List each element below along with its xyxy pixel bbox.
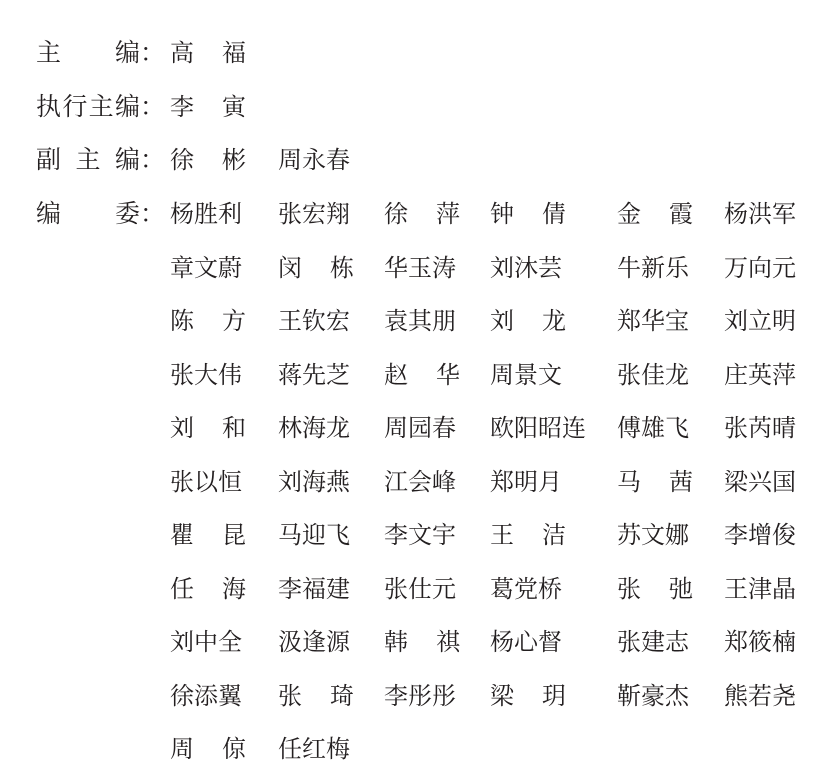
label-char: 委 — [115, 199, 140, 229]
board-member-name: 苏文娜 — [617, 520, 689, 550]
board-member-name: 李彤彤 — [384, 681, 456, 711]
board-member-name: 周园春 — [384, 413, 456, 443]
name-executive-editor: 李寅 — [170, 92, 246, 122]
board-member-name: 张琦 — [278, 681, 354, 711]
board-member-name: 王津晶 — [724, 574, 796, 604]
label-char: 执 — [36, 92, 61, 122]
board-member-name: 张芮晴 — [724, 413, 796, 443]
label-char: 编 — [115, 38, 140, 68]
board-member-name: 张大伟 — [170, 360, 242, 390]
board-member-name: 徐添翼 — [170, 681, 242, 711]
colon: ： — [140, 145, 165, 175]
board-member-name: 庄英萍 — [724, 360, 796, 390]
name-deputy-editor: 周永春 — [278, 145, 350, 175]
board-member-name: 梁兴国 — [724, 467, 796, 497]
board-member-name: 周景文 — [490, 360, 562, 390]
board-member-name: 张弛 — [617, 574, 693, 604]
board-member-name: 王洁 — [490, 520, 566, 550]
board-member-name: 郑明月 — [490, 467, 562, 497]
label-char: 主 — [36, 38, 61, 68]
board-member-name: 任海 — [170, 574, 246, 604]
board-member-name: 李福建 — [278, 574, 350, 604]
board-member-name: 梁玥 — [490, 681, 566, 711]
label-char: 主 — [75, 145, 100, 175]
board-member-name: 郑筱楠 — [724, 627, 796, 657]
board-member-name: 张建志 — [617, 627, 689, 657]
board-member-name: 张佳龙 — [617, 360, 689, 390]
board-member-name: 汲逢源 — [278, 627, 350, 657]
board-member-name: 林海龙 — [278, 413, 350, 443]
label-char: 编 — [36, 199, 61, 229]
board-member-name: 李增俊 — [724, 520, 796, 550]
board-member-name: 王钦宏 — [278, 306, 350, 336]
board-member-name: 张以恒 — [170, 467, 242, 497]
board-member-name: 张宏翔 — [278, 199, 350, 229]
board-member-name: 张仕元 — [384, 574, 456, 604]
board-member-name: 牛新乐 — [617, 253, 689, 283]
board-member-name: 蒋先芝 — [278, 360, 350, 390]
board-member-name: 李文宇 — [384, 520, 456, 550]
board-member-name: 万向元 — [724, 253, 796, 283]
label-char: 编 — [115, 145, 140, 175]
board-member-name: 杨心督 — [490, 627, 562, 657]
label-char: 行 — [62, 92, 87, 122]
board-member-name: 华玉涛 — [384, 253, 456, 283]
board-member-name: 马迎飞 — [278, 520, 350, 550]
board-member-name: 杨洪军 — [724, 199, 796, 229]
board-member-name: 金霞 — [617, 199, 693, 229]
board-member-name: 刘沐芸 — [490, 253, 562, 283]
label-chief-editor: 主 编 — [36, 38, 140, 68]
board-member-name: 郑华宝 — [617, 306, 689, 336]
board-member-name: 熊若尧 — [724, 681, 796, 711]
board-member-name: 袁其朋 — [384, 306, 456, 336]
board-member-name: 江会峰 — [384, 467, 456, 497]
board-member-name: 欧阳昭连 — [490, 413, 586, 443]
label-char: 主 — [89, 92, 114, 122]
name-chief-editor: 高福 — [170, 38, 246, 68]
label-char: 编 — [115, 92, 140, 122]
board-member-name: 章文蔚 — [170, 253, 242, 283]
board-member-name: 葛党桥 — [490, 574, 562, 604]
board-member-name: 瞿昆 — [170, 520, 246, 550]
label-executive-editor: 执 行 主 编 — [36, 92, 140, 122]
board-member-name: 杨胜利 — [170, 199, 242, 229]
label-char: 副 — [36, 145, 61, 175]
board-member-name: 陈方 — [170, 306, 246, 336]
board-member-name: 刘海燕 — [278, 467, 350, 497]
board-member-name: 刘龙 — [490, 306, 566, 336]
board-member-name: 刘和 — [170, 413, 246, 443]
board-member-name: 马茜 — [617, 467, 693, 497]
name-deputy-editor: 徐彬 — [170, 145, 246, 175]
board-member-name: 靳豪杰 — [617, 681, 689, 711]
colon: ： — [140, 38, 165, 68]
board-member-name: 赵华 — [384, 360, 460, 390]
board-member-name: 钟倩 — [490, 199, 566, 229]
board-member-name: 刘中全 — [170, 627, 242, 657]
board-member-name: 周倞 — [170, 734, 246, 764]
board-member-name: 傅雄飞 — [617, 413, 689, 443]
label-editorial-board: 编 委 — [36, 199, 140, 229]
board-member-name: 徐萍 — [384, 199, 460, 229]
board-member-name: 韩祺 — [384, 627, 460, 657]
board-member-name: 闵栋 — [278, 253, 354, 283]
colon: ： — [140, 92, 165, 122]
colon: ： — [140, 199, 165, 229]
label-deputy-editor: 副 主 编 — [36, 145, 140, 175]
board-member-name: 刘立明 — [724, 306, 796, 336]
board-member-name: 任红梅 — [278, 734, 350, 764]
